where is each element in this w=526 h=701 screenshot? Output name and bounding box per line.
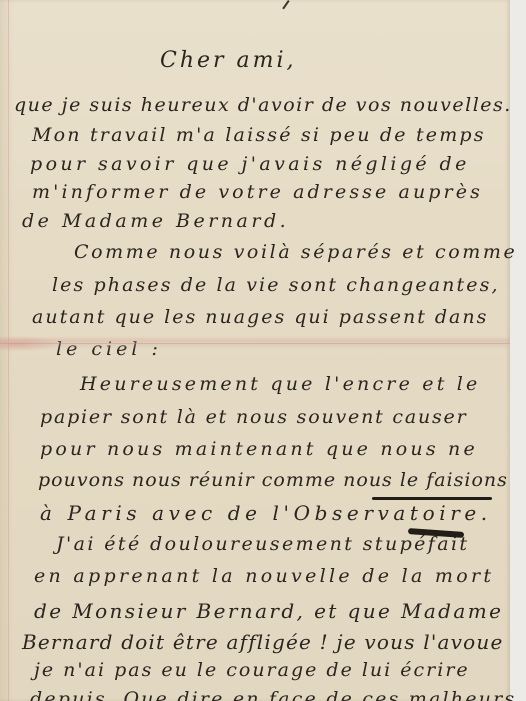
letter-line-14: à Paris avec de l'Observatoire. (40, 503, 492, 523)
letter-line-11: papier sont là et nous souvent causer (40, 408, 467, 427)
letter-line-19: je n'ai pas eu le courage de lui écrire (34, 661, 470, 680)
letter-line-5: de Madame Bernard. (22, 212, 289, 231)
letter-line-18: Bernard doit être affligée ! je vous l'a… (22, 632, 504, 652)
letter-line-13: pouvons nous réunir comme nous le faisio… (38, 471, 508, 490)
letter-line-2: Mon travail m'a laissé si peu de temps (32, 126, 486, 145)
letter-line-7: les phases de la vie sont changeantes, (52, 276, 500, 295)
letter-line-6: Comme nous voilà séparés et comme (74, 243, 517, 262)
ink-underline (372, 497, 492, 500)
letter-line-3: pour savoir que j'avais négligé de (30, 155, 470, 174)
letter-line-20: depuis. Que dire en face de ces malheurs… (30, 690, 526, 701)
letter-line-17: de Monsieur Bernard, et que Madame (34, 601, 503, 621)
letter-line-12: pour nous maintenant que nous ne (40, 440, 478, 459)
ink-descender-stroke (282, 0, 289, 9)
letter-line-8: autant que les nuages qui passent dans (32, 308, 488, 327)
letter-line-16: en apprenant la nouvelle de la mort (34, 567, 494, 586)
pink-stain (0, 336, 60, 352)
letter-line-15: J'ai été douloureusement stupéfait (56, 535, 469, 554)
letter-line-4: m'informer de votre adresse auprès (32, 183, 483, 202)
letter-line-1: que je suis heureux d'avoir de vos nouve… (14, 96, 512, 115)
fold-crease-line (0, 343, 510, 344)
scanned-page: Cher ami, que je suis heureux d'avoir de… (0, 0, 526, 701)
letter-line-10: Heureusement que l'encre et le (80, 375, 481, 394)
letter-paper: Cher ami, que je suis heureux d'avoir de… (0, 0, 510, 701)
salutation: Cher ami, (160, 50, 297, 72)
